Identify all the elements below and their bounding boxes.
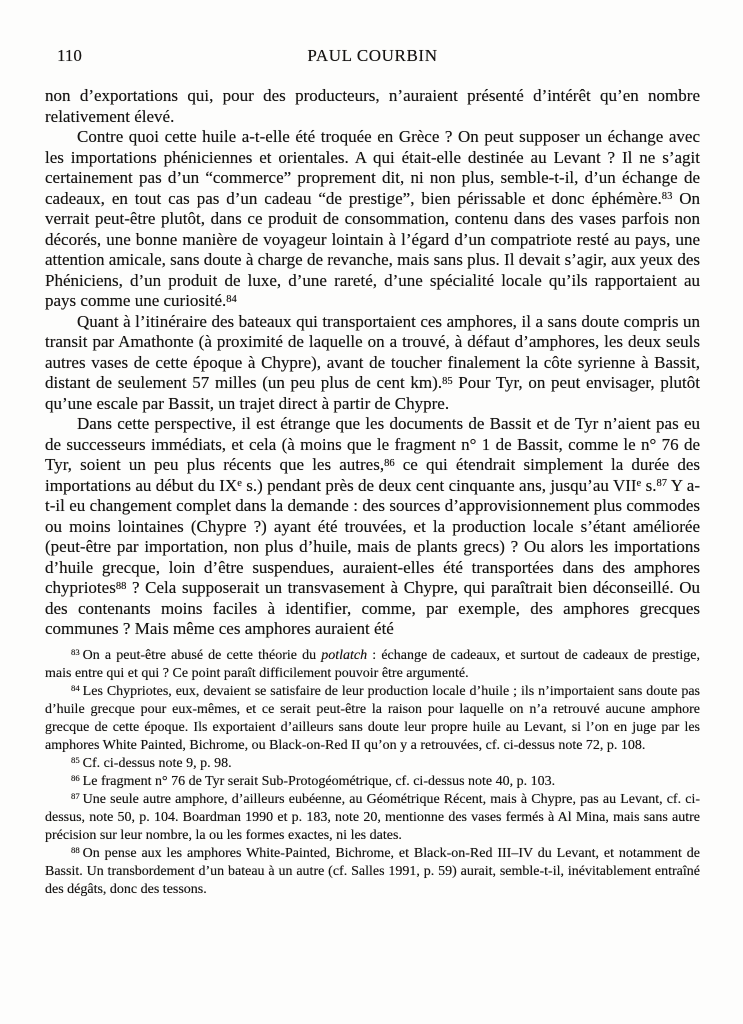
note-reference: 88 [116,581,127,592]
note-reference: 85 [442,376,453,387]
text-run: s.) pendant près de deux cent cinquante … [242,476,637,495]
text-run: Contre quoi cette huile a-t-elle été tro… [45,127,700,208]
footnote: 88On pense aux les amphores White-Painte… [45,845,700,899]
footnote-number: 87 [71,791,80,801]
text-run: On pense aux les amphores White-Painted,… [45,846,700,897]
text-run: Le fragment n° 76 de Tyr serait Sub-Prot… [83,774,555,789]
body-paragraph: Dans cette perspective, il est étrange q… [45,414,700,640]
footnote-number: 83 [71,647,80,657]
text-run: Cf. ci-dessus note 9, p. 98. [83,756,232,771]
footnotes: 83On a peut-être abusé de cette théorie … [45,647,700,899]
page: 110 PAUL COURBIN non d’exportations qui,… [0,0,743,1024]
note-reference: 84 [226,294,237,305]
page-header: 110 PAUL COURBIN [45,46,700,66]
footnote: 86Le fragment n° 76 de Tyr serait Sub-Pr… [45,773,700,791]
body-paragraph: Contre quoi cette huile a-t-elle été tro… [45,127,700,312]
footnote-number: 85 [71,755,80,765]
note-reference: 83 [662,191,673,202]
footnote-number: 88 [71,845,80,855]
note-reference: 87 [656,478,667,489]
note-reference: e [237,478,242,489]
running-header: PAUL COURBIN [45,46,700,66]
footnote-number: 86 [71,773,80,783]
text-run: On a peut-être abusé de cette théorie du [83,648,322,663]
text-run: s. [641,476,656,495]
footnote: 85Cf. ci-dessus note 9, p. 98. [45,755,700,773]
italic-text: potlatch [321,648,367,663]
text-run: non d’exportations qui, pour des product… [45,86,700,126]
body-paragraph: Quant à l’itinéraire des bateaux qui tra… [45,312,700,415]
footnote: 84Les Chypriotes, eux, devaient se satis… [45,683,700,755]
note-reference: e [637,478,642,489]
note-reference: 86 [384,458,395,469]
footnote: 87Une seule autre amphore, d’ailleurs eu… [45,791,700,845]
text-run: ? Cela supposerait un transvasement à Ch… [45,578,700,638]
footnote: 83On a peut-être abusé de cette théorie … [45,647,700,683]
footnote-number: 84 [71,683,80,693]
body-text: non d’exportations qui, pour des product… [45,86,700,640]
text-run: Une seule autre amphore, d’ailleurs eubé… [45,792,700,843]
text-run: Les Chypriotes, eux, devaient se satisfa… [45,684,700,753]
body-paragraph: non d’exportations qui, pour des product… [45,86,700,127]
